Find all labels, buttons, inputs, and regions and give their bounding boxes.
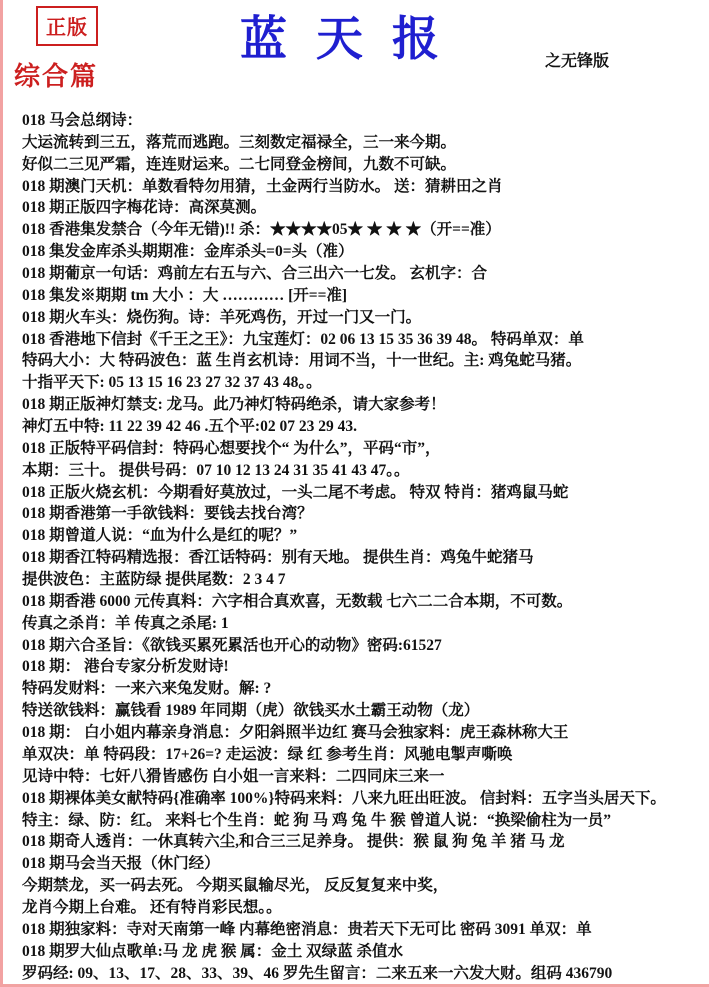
text-line: 018 期澳门天机：单数看特勿用猜，土金两行当防水。 送：猜耕田之肖 [22, 176, 707, 198]
text-line: 龙肖今期上台难。 还有特肖彩民想。。 [22, 897, 707, 919]
text-line: 特送欲钱料：赢钱看 1989 年同期（虎）欲钱买水土霸王动物（龙） [22, 700, 707, 722]
section-heading: 综合篇 [14, 56, 98, 93]
text-line: 018 期香江特码精选报：香江话特码：别有天地。 提供生肖：鸡兔牛蛇猪马 [22, 547, 707, 569]
text-line: 018 马会总纲诗： [22, 110, 707, 132]
text-line: 十指平天下: 05 13 15 16 23 27 32 37 43 48。。 [22, 372, 707, 394]
text-line: 018 正版火烧玄机：今期看好莫放过，一头二尾不考虑。 特双 特肖：猪鸡鼠马蛇 [22, 482, 707, 504]
page-left-border [0, 0, 3, 987]
text-line: 特码大小：大 特码波色：蓝 生肖玄机诗：用词不当，十一世纪。主: 鸡兔蛇马猪。 [22, 350, 707, 372]
text-line: 018 正版特平码信封：特码心想要找个“ 为什么”，平码“市”， [22, 438, 707, 460]
text-line: 提供波色：主蓝防绿 提供尾数：2 3 4 7 [22, 569, 707, 591]
authentic-badge: 正版 [36, 6, 98, 46]
text-line: 见诗中特：七奸八猾皆感伤 白小姐一言来料：二四同床三来一 [22, 766, 707, 788]
text-line: 018 期裸体美女献特码{准确率 100%}特码来料：八来九旺出旺波。 信封料：… [22, 788, 707, 810]
text-line: 018 期独家料：寺对天南第一峰 内幕绝密消息：贵若天下无可比 密码 3091 … [22, 919, 707, 941]
newspaper-page: 正版 蓝天报 之无锋版 综合篇 018 马会总纲诗：大运流转到三五，落荒而逃跑。… [0, 0, 709, 987]
page-title: 蓝天报 [240, 2, 468, 69]
text-line: 018 集发金库杀头期期准：金库杀头=0=头（准） [22, 241, 707, 263]
text-line: 特码发财料：一来六来兔发财。解: ? [22, 678, 707, 700]
text-line: 特主：绿、防：红。 来料七个生肖：蛇 狗 马 鸡 兔 牛 猴 曾道人说：“换梁偷… [22, 810, 707, 832]
text-line: 018 期罗大仙点歌单:马 龙 虎 猴 属：金土 双绿蓝 杀值水 [22, 941, 707, 963]
text-line: 018 期： 港台专家分析发财诗! [22, 656, 707, 678]
edition-label: 之无锋版 [545, 48, 609, 71]
text-line: 罗码经: 09、13、17、28、33、39、46 罗先生留言：二来五来一六发大… [22, 963, 707, 985]
text-line: 神灯五中特: 11 22 39 42 46 .五个平:02 07 23 29 4… [22, 416, 707, 438]
text-line: 018 集发※期期 tm 大小 ：大 ………… [开==准] [22, 285, 707, 307]
text-line: 传真之杀肖：羊 传真之杀尾: 1 [22, 613, 707, 635]
text-line: 本期：三十。 提供号码：07 10 12 13 24 31 35 41 43 4… [22, 460, 707, 482]
text-line: 今期禁龙，买一码去死。 今期买鼠输尽光， 反反复复来中奖， [22, 875, 707, 897]
text-line: 018 期正版神灯禁支: 龙马。此乃神灯特码绝杀，请大家参考！ [22, 394, 707, 416]
text-line: 018 香港集发禁合（今年无错)!! 杀：★★★★05★ ★ ★ ★（开==准） [22, 219, 707, 241]
text-line: 018 期香港 6000 元传真料：六字相合真欢喜，无数载 七六二二合本期，不可… [22, 591, 707, 613]
text-line: 018 期： 白小姐内幕亲身消息：夕阳斜照半边红 赛马会独家料：虎王森林称大王 [22, 722, 707, 744]
text-line: 018 期葡京一句话：鸡前左右五与六、合三出六一七发。 玄机字：合 [22, 263, 707, 285]
text-line: 018 期香港第一手欲钱料：要钱去找台湾？ [22, 503, 707, 525]
body-lines: 018 马会总纲诗：大运流转到三五，落荒而逃跑。三刻数定福禄全，三一来今期。好似… [22, 110, 707, 984]
text-line: 018 期曾道人说：“血为什么是红的呢？” [22, 525, 707, 547]
text-line: 大运流转到三五，落荒而逃跑。三刻数定福禄全，三一来今期。 [22, 132, 707, 154]
text-line: 018 香港地下信封《千王之王》：九宝莲灯：02 06 13 15 35 36 … [22, 329, 707, 351]
text-line: 018 期火车头：烧伤狗。诗：羊死鸡伤，开过一门又一门。 [22, 307, 707, 329]
text-line: 单双决：单 特码段：17+26=? 走运波：绿 红 参考生肖：风驰电掣声嘶唤 [22, 744, 707, 766]
text-line: 018 期正版四字梅花诗：高深莫测。 [22, 197, 707, 219]
text-line: 018 期六合圣旨：《欲钱买累死累活也开心的动物》密码:61527 [22, 635, 707, 657]
text-line: 好似二三见严霜，连连财运来。二七同登金榜间，九数不可缺。 [22, 154, 707, 176]
text-line: 018 期奇人透肖：一休真转六尘,和合三三足养身。 提供：猴 鼠 狗 兔 羊 猪… [22, 831, 707, 853]
text-line: 018 期马会当天报（休门经） [22, 853, 707, 875]
